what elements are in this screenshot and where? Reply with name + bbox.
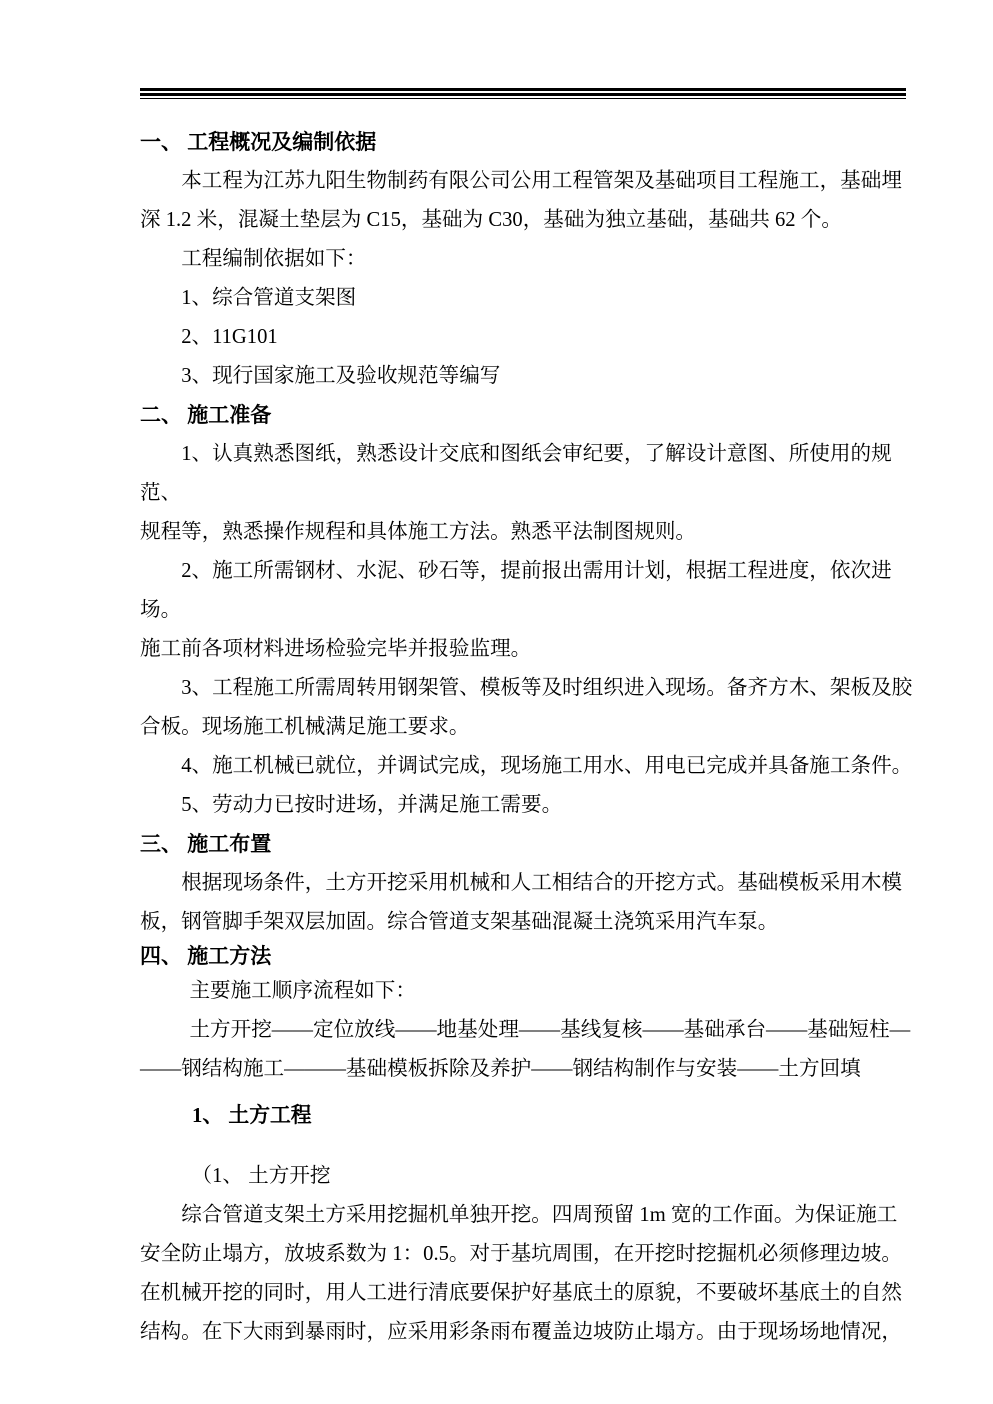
para-layout-description: 根据现场条件，土方开挖采用机械和人工相结合的开挖方式。基础模板采用木模 板，钢管…	[140, 864, 932, 942]
para-basis-item-2: 2、11G101	[140, 318, 932, 357]
document-content: 一、 工程概况及编制依据 本工程为江苏九阳生物制药有限公司公用工程管架及基础项目…	[140, 88, 932, 1352]
heading-construction-method: 四、 施工方法	[140, 937, 932, 976]
heading-construction-layout: 三、 施工布置	[140, 825, 932, 864]
para-basis-item-1: 1、综合管道支架图	[140, 279, 932, 318]
heading-earthwork: 1、 土方工程	[140, 1096, 932, 1135]
para-project-intro: 本工程为江苏九阳生物制药有限公司公用工程管架及基础项目工程施工，基础埋 深 1.…	[140, 162, 932, 240]
header-rule-line-1	[140, 88, 906, 91]
header-rule-line-3	[140, 98, 906, 99]
document-page: 一、 工程概况及编制依据 本工程为江苏九阳生物制药有限公司公用工程管架及基础项目…	[0, 0, 993, 1404]
para-prep-item-3: 3、工程施工所需周转用钢架管、模板等及时组织进入现场。备齐方木、架板及胶 合板。…	[140, 669, 932, 747]
subheading-excavation: （1、 土方开挖	[140, 1157, 932, 1196]
heading-construction-preparation: 二、 施工准备	[140, 396, 932, 435]
para-prep-item-5: 5、劳动力已按时进场，并满足施工需要。	[140, 786, 932, 825]
header-rule-line-2	[140, 93, 906, 96]
para-excavation-description: 综合管道支架土方采用挖掘机单独开挖。四周预留 1m 宽的工作面。为保证施工 安全…	[140, 1196, 932, 1352]
para-basis-item-3: 3、现行国家施工及验收规范等编写	[140, 357, 932, 396]
para-sequence-flow: 土方开挖——定位放线——地基处理——基线复核——基础承台——基础短柱— ——钢结…	[140, 1011, 932, 1089]
heading-project-overview: 一、 工程概况及编制依据	[140, 123, 932, 162]
para-prep-item-1: 1、认真熟悉图纸，熟悉设计交底和图纸会审纪要，了解设计意图、所使用的规范、 规程…	[140, 435, 932, 552]
para-sequence-intro: 主要施工顺序流程如下：	[140, 972, 932, 1011]
header-rule	[140, 88, 906, 99]
para-prep-item-2: 2、施工所需钢材、水泥、砂石等，提前报出需用计划，根据工程进度，依次进场。 施工…	[140, 552, 932, 669]
para-basis-intro: 工程编制依据如下：	[140, 240, 932, 279]
para-prep-item-4: 4、施工机械已就位，并调试完成，现场施工用水、用电已完成并具备施工条件。	[140, 747, 932, 786]
